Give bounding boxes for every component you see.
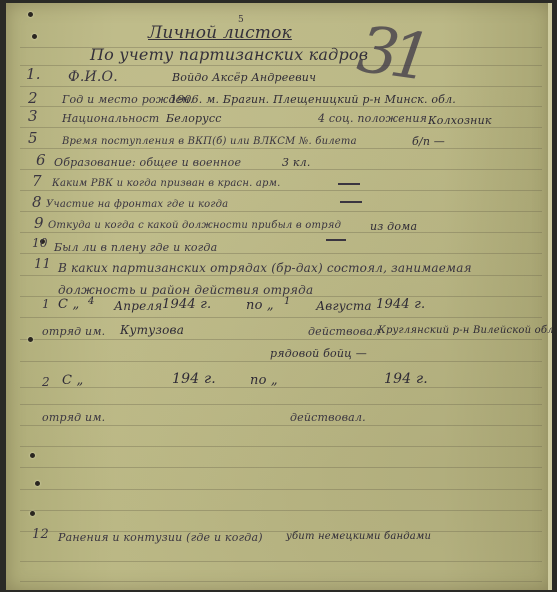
ruled-line <box>20 275 542 276</box>
field-number: 11 <box>34 257 51 272</box>
field-value-fio: Войдо Аксёр Андреевич <box>172 71 316 84</box>
ruled-line <box>20 211 542 212</box>
archive-number: 31 <box>353 13 428 95</box>
service-unit-label: отряд им. <box>42 325 105 338</box>
field-value-origin: из дома <box>370 220 417 233</box>
punch-hole <box>32 34 37 39</box>
ruled-line <box>20 169 542 170</box>
service-to-month: Августа <box>316 299 372 313</box>
service-area-label: действовал. <box>290 411 366 424</box>
service-from-month: Апреля <box>114 299 162 313</box>
punch-hole <box>30 453 35 458</box>
field-value-birth: 1906. м. Брагин. Плещеницкий р-н Минск. … <box>170 93 456 106</box>
service-area-label: действовал <box>308 325 380 338</box>
service-area-value: Круглянский р-н Вилейской обл. <box>378 325 552 336</box>
service-from-year: 194 г. <box>172 371 216 387</box>
ruled-line <box>20 148 542 149</box>
document-page: 5 Личной листок По учету партизанских ка… <box>6 3 552 590</box>
ruled-line <box>20 446 542 447</box>
ruled-line <box>20 510 542 511</box>
punch-hole <box>28 337 33 342</box>
service-to-prefix: по „ <box>246 298 274 313</box>
service-entry-number: 2 <box>42 375 50 389</box>
field-label-wounds: Ранения и контузии (где и когда) <box>58 531 263 544</box>
document-subtitle: По учету партизанских кадров <box>90 45 368 64</box>
field-value-education: 3 кл. <box>282 156 311 169</box>
field-number: 9 <box>34 214 44 232</box>
field-value-draft-dash <box>338 183 360 185</box>
service-from-day: 4 <box>88 296 95 307</box>
field-number: 2 <box>28 89 38 107</box>
field-number: 5 <box>28 129 38 147</box>
punch-hole <box>35 481 40 486</box>
field-value-social: Колхозник <box>428 114 492 127</box>
field-number: 3 <box>28 107 38 125</box>
field-label-fronts: Участие на фронтах где и когда <box>46 199 228 210</box>
ruled-line <box>20 387 542 388</box>
field-value-wounds: убит немецкими бандами <box>286 531 431 542</box>
ruled-line <box>20 489 542 490</box>
service-to-year: 194 г. <box>384 371 428 387</box>
punch-hole <box>30 511 35 516</box>
ruled-line <box>20 361 542 362</box>
field-value-captivity-dash <box>326 239 346 241</box>
service-to-year: 1944 г. <box>376 297 425 312</box>
field-number: 8 <box>32 193 42 211</box>
ruled-line <box>20 127 542 128</box>
field-number: 7 <box>32 172 42 190</box>
service-unit-value: Кутузова <box>120 323 184 337</box>
punch-hole <box>28 12 33 17</box>
field-value-nationality: Белорусс <box>166 112 222 125</box>
field-value-party: б/п — <box>412 135 445 148</box>
ruled-line <box>20 339 542 340</box>
field-number: 6 <box>36 151 46 169</box>
field-label-captivity: Был ли в плену где и когда <box>54 241 217 254</box>
field-number: 12 <box>32 527 49 542</box>
paper-edge <box>548 3 552 590</box>
service-unit-label: отряд им. <box>42 411 105 424</box>
ruled-line <box>20 404 542 405</box>
ruled-line <box>20 190 542 191</box>
service-from-prefix: С „ <box>62 373 83 388</box>
ruled-line <box>20 65 542 66</box>
field-label-nationality: Национальност <box>62 112 159 125</box>
field-label-education: Образование: общее и военное <box>54 156 241 169</box>
ruled-line <box>20 106 542 107</box>
service-entry-number: 1 <box>42 297 50 311</box>
ruled-line <box>20 232 542 233</box>
service-from-year: 1944 г. <box>162 297 211 312</box>
field-label-origin: Откуда и когда с какой должности прибыл … <box>48 220 341 231</box>
ruled-line <box>20 581 542 582</box>
service-to-prefix: по „ <box>250 373 278 388</box>
field-number: 1. <box>26 65 41 83</box>
ruled-line <box>20 317 542 318</box>
service-role-value: рядовой бойц — <box>270 347 367 360</box>
field-label-units-cont: должность и район действия отряда <box>58 283 313 297</box>
service-from-prefix: С „ <box>58 297 79 312</box>
field-number: 10 <box>32 236 48 250</box>
field-label-fio: Ф.И.О. <box>68 69 118 85</box>
field-label-draft: Каким РВК и когда призван в красн. арм. <box>52 178 281 189</box>
ruled-line <box>20 425 542 426</box>
field-label-party: Время поступления в ВКП(б) или ВЛКСМ №. … <box>62 136 357 147</box>
ruled-line <box>20 86 542 87</box>
service-to-day: 1 <box>284 296 291 307</box>
field-label-units: В каких партизанских отрядах (бр-дах) со… <box>58 261 472 275</box>
field-value-fronts-dash <box>340 201 362 203</box>
ruled-line <box>20 561 542 562</box>
document-title: Личной листок <box>148 23 292 43</box>
ruled-line <box>20 467 542 468</box>
field-label-social: 4 соц. положения <box>318 112 427 125</box>
